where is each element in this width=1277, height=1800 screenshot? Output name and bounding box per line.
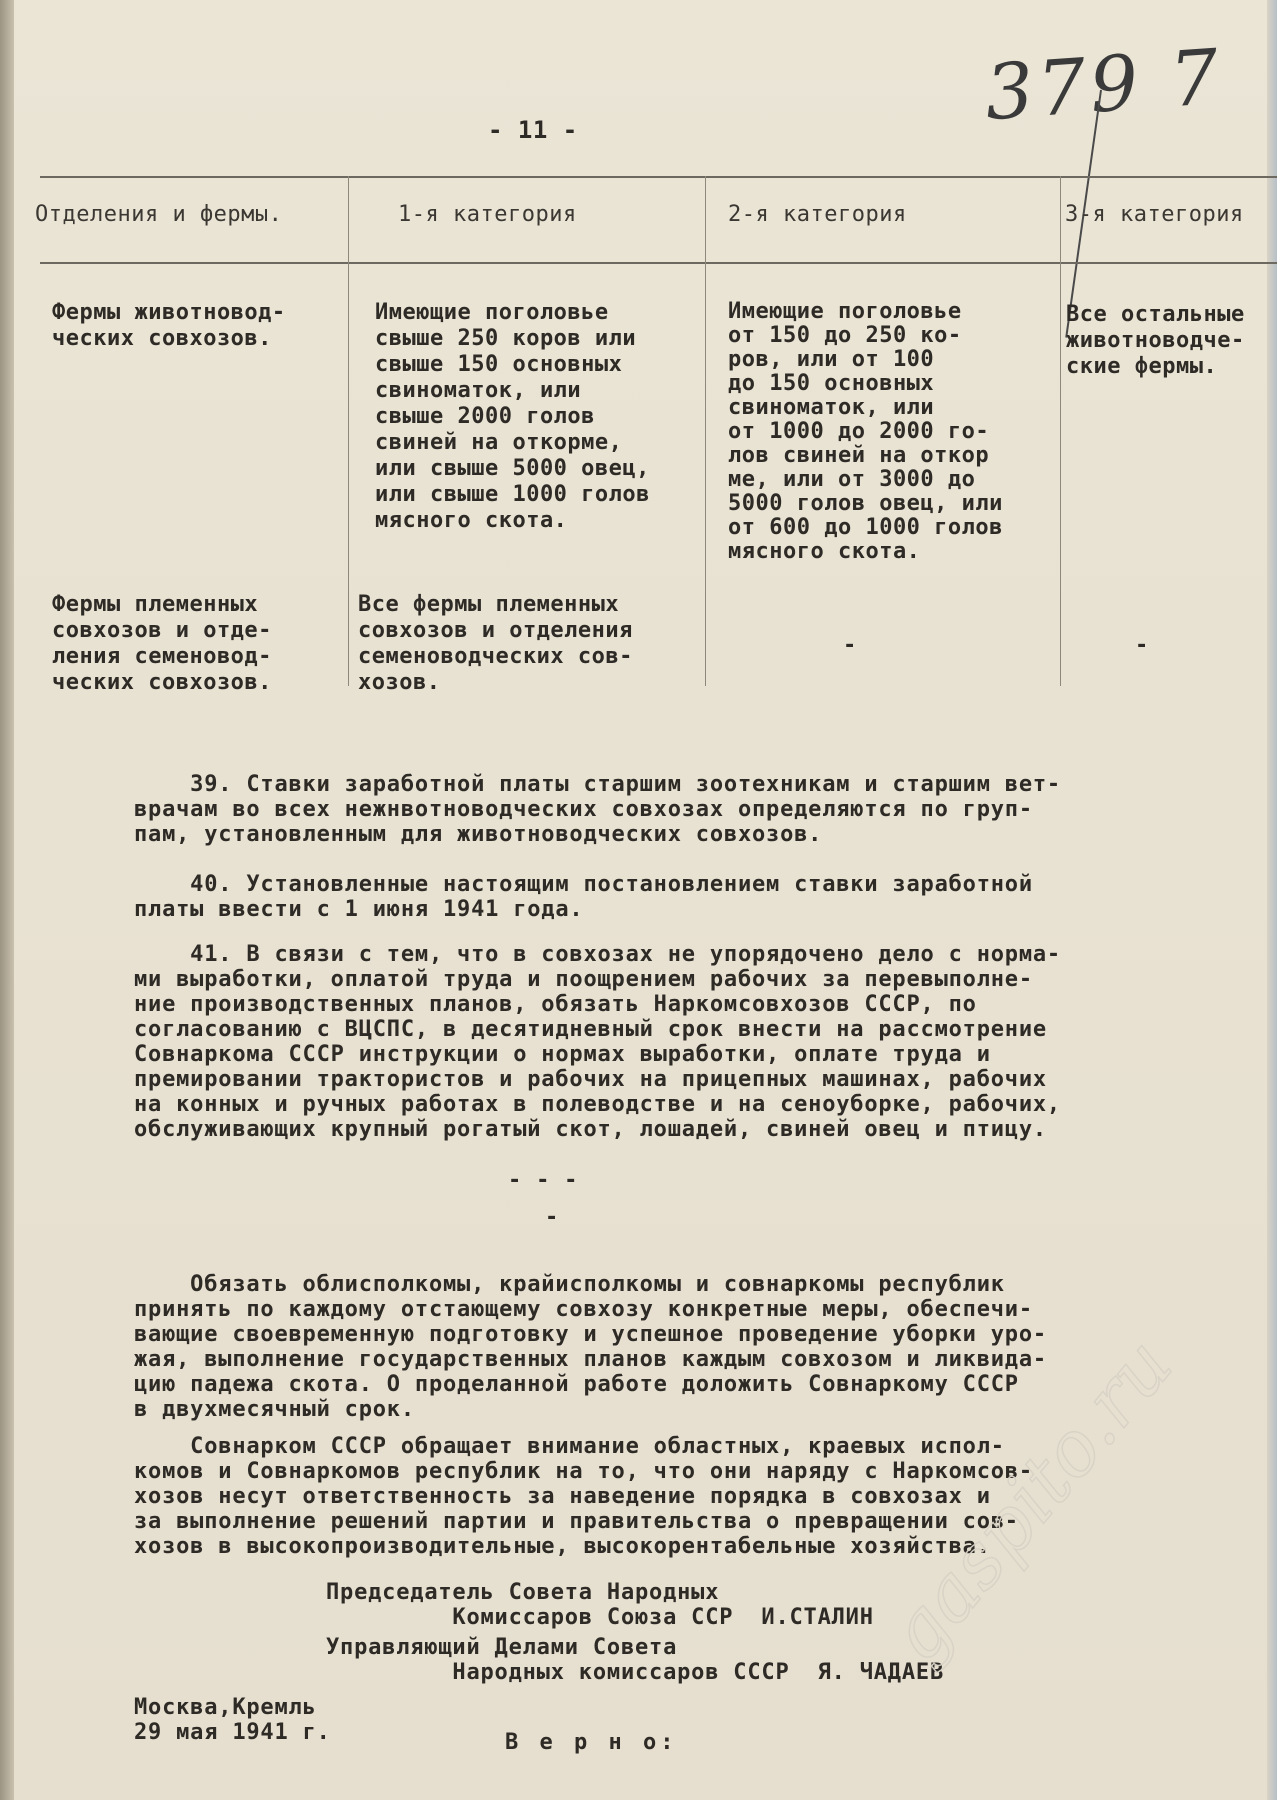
- paper-right-edge: [1267, 0, 1277, 1800]
- signature-chairman: Председатель Совета Народных Комиссаров …: [326, 1580, 874, 1630]
- table-row-2-category-2: -: [843, 633, 857, 659]
- table-row-2-category-1: Все фермы племенных совхозов и отделения…: [358, 592, 633, 696]
- table-row-1-category-3: Все остальные животноводче- ские фермы.: [1066, 302, 1245, 380]
- table-row-1-category-2: Имеющие поголовье от 150 до 250 ко- ров,…: [728, 300, 1003, 564]
- paragraph-40: 40. Установленные настоящим постановлени…: [134, 872, 1033, 922]
- paragraph-sovnarkom: Совнарком СССР обращает внимание областн…: [134, 1434, 1033, 1559]
- table-row-1-department: Фермы животновод- ческих совхозов.: [52, 300, 286, 352]
- certified-label: В е р н о:: [505, 1730, 677, 1755]
- separator-bottom: -: [545, 1205, 559, 1230]
- table-header-departments: Отделения и фермы.: [35, 202, 282, 228]
- table-header-category-3: 3-я категория: [1065, 202, 1244, 228]
- table-row-1-category-1: Имеющие поголовье свыше 250 коров или св…: [375, 300, 650, 534]
- table-header-category-1: 1-я категория: [398, 202, 577, 228]
- paper-left-edge: [0, 0, 14, 1800]
- table-col-divider-2: [705, 176, 706, 686]
- separator-top: - - -: [508, 1168, 578, 1193]
- table-row-2-department: Фермы племенных совхозов и отде- ления с…: [52, 592, 272, 696]
- table-col-divider-1: [348, 176, 349, 686]
- archive-handwritten-number: 379 7: [982, 32, 1225, 137]
- signature-manager: Управляющий Делами Совета Народных комис…: [326, 1635, 944, 1685]
- paragraph-41: 41. В связи с тем, что в совхозах не упо…: [134, 942, 1061, 1142]
- table-header-category-2: 2-я категория: [728, 202, 907, 228]
- table-top-rule: [40, 176, 1277, 178]
- table-header-rule: [40, 262, 1277, 264]
- table-col-divider-3: [1060, 176, 1061, 686]
- table-row-2-category-3: -: [1135, 633, 1149, 659]
- paragraph-39: 39. Ставки заработной платы старшим зоот…: [134, 772, 1061, 847]
- place-and-date: Москва,Кремль 29 мая 1941 г.: [134, 1695, 331, 1745]
- page-number: - 11 -: [488, 117, 578, 143]
- paragraph-oblige: Обязать облисполкомы, крайисполкомы и со…: [134, 1272, 1047, 1422]
